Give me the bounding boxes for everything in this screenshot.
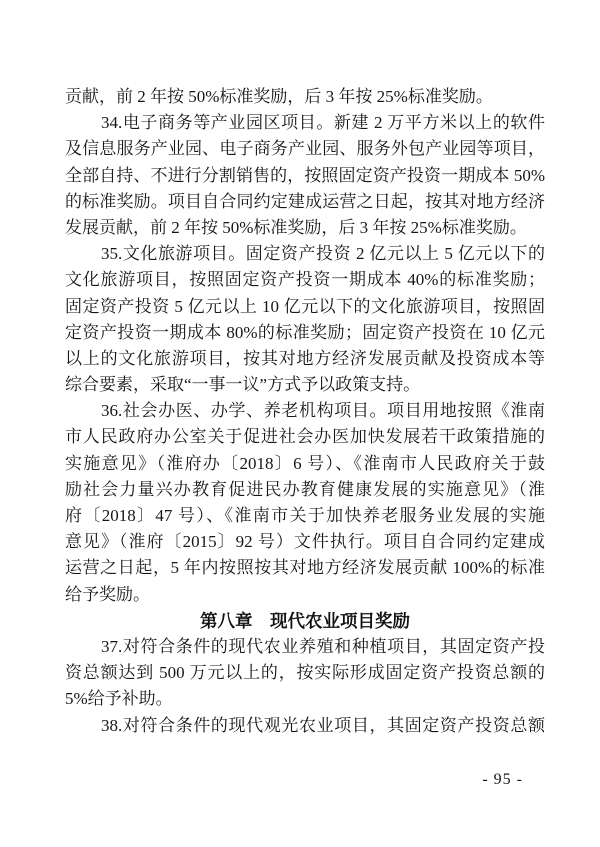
text-line: 以上的文化旅游项目，按其对地方经济发展贡献及投资成本等 (65, 346, 545, 372)
document-page: 贡献，前 2 年按 50%标准奖励，后 3 年按 25%标准奖励。34.电子商务… (0, 0, 600, 847)
text-line: 34.电子商务等产业园区项目。新建 2 万平方米以上的软件 (65, 110, 545, 136)
text-line: 发展贡献，前 2 年按 50%标准奖励，后 3 年按 25%标准奖励。 (65, 215, 545, 241)
text-line: 固定资产投资 5 亿元以上 10 亿元以下的文化旅游项目，按照固 (65, 294, 545, 320)
text-line: 贡献，前 2 年按 50%标准奖励，后 3 年按 25%标准奖励。 (65, 84, 545, 110)
text-line: 定资产投资一期成本 80%的标准奖励；固定资产投资在 10 亿元 (65, 320, 545, 346)
text-line: 35.文化旅游项目。固定资产投资 2 亿元以上 5 亿元以下的 (65, 241, 545, 267)
text-line: 及信息服务产业园、电子商务产业园、服务外包产业园等项目， (65, 136, 545, 162)
text-line: 的标准奖励。项目自合同约定建成运营之日起，按其对地方经济 (65, 189, 545, 215)
text-line: 38.对符合条件的现代观光农业项目，其固定资产投资总额 (65, 713, 545, 739)
text-line: 运营之日起，5 年内按照按其对地方经济发展贡献 100%的标准 (65, 555, 545, 581)
text-line: 全部自持、不进行分割销售的，按照固定资产投资一期成本 50% (65, 163, 545, 189)
text-line: 励社会力量兴办教育促进民办教育健康发展的实施意见》（淮 (65, 477, 545, 503)
text-line: 实施意见》（淮府办〔2018〕6 号）、《淮南市人民政府关于鼓 (65, 451, 545, 477)
chapter-heading: 第八章 现代农业项目奖励 (65, 608, 545, 634)
text-line: 综合要素，采取“一事一议”方式予以政策支持。 (65, 372, 545, 398)
text-line: 36.社会办医、办学、养老机构项目。项目用地按照《淮南 (65, 398, 545, 424)
document-body: 贡献，前 2 年按 50%标准奖励，后 3 年按 25%标准奖励。34.电子商务… (65, 84, 545, 739)
text-line: 资总额达到 500 万元以上的，按实际形成固定资产投资总额的 (65, 660, 545, 686)
text-line: 文化旅游项目，按照固定资产投资一期成本 40%的标准奖励； (65, 267, 545, 293)
text-line: 5%给予补助。 (65, 686, 545, 712)
text-line: 意见》（淮府〔2015〕92 号）文件执行。项目自合同约定建成 (65, 529, 545, 555)
page-number: - 95 - (0, 771, 523, 789)
text-line: 给予奖励。 (65, 582, 545, 608)
text-line: 37.对符合条件的现代农业养殖和种植项目，其固定资产投 (65, 634, 545, 660)
text-line: 府〔2018〕47 号）、《淮南市关于加快养老服务业发展的实施 (65, 503, 545, 529)
text-line: 市人民政府办公室关于促进社会办医加快发展若干政策措施的 (65, 424, 545, 450)
